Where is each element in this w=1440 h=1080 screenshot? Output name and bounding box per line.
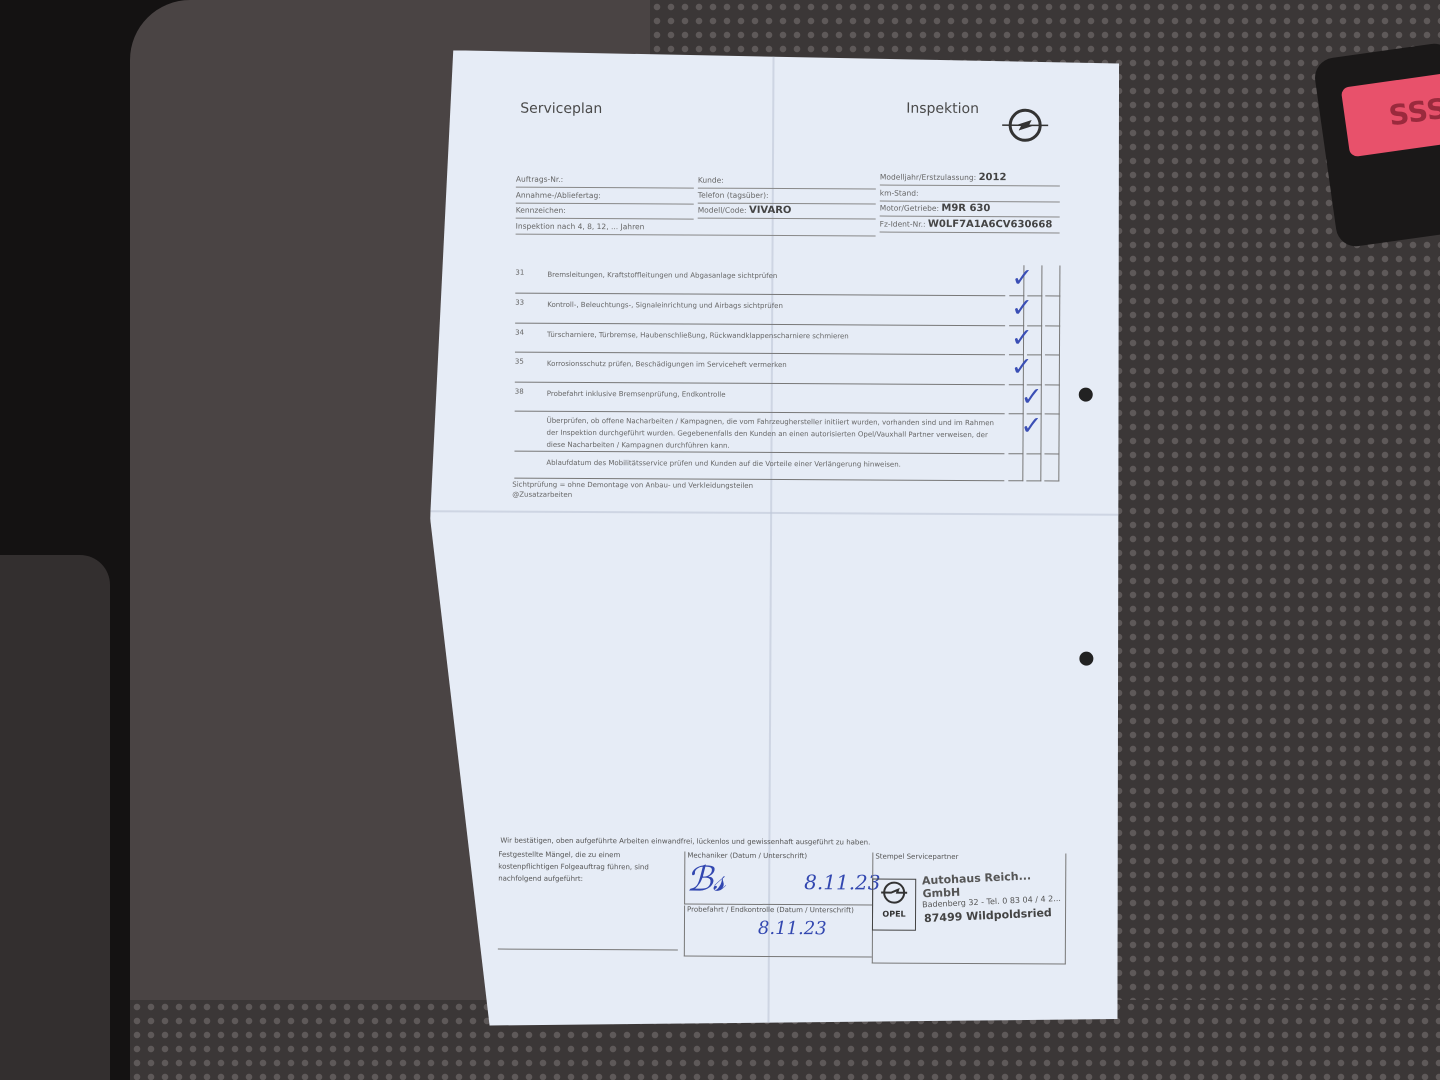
- confirmation-text: Wir bestätigen, oben aufgeführte Arbeite…: [500, 837, 870, 847]
- check-mark-icon: ✓: [1021, 382, 1043, 412]
- punch-hole: [1079, 388, 1093, 402]
- field-fz-ident: Fz-Ident-Nr.: W0LF7A1A6CV630668: [880, 218, 1060, 234]
- task-row: 33 Kontroll-, Beleuchtungs-, Signaleinri…: [515, 293, 1005, 327]
- seatbelt-buckle-button: SSS: [1341, 73, 1440, 158]
- check-mark-icon: ✓: [1011, 323, 1033, 353]
- field-km-stand: km-Stand:: [880, 187, 1060, 203]
- checkbox: [1044, 413, 1059, 454]
- footnote-sichtpruefung: Sichtprüfung = ohne Demontage von Anbau-…: [512, 481, 753, 490]
- field-telefon: Telefon (tagsüber):: [698, 189, 876, 205]
- task-row: 35 Korrosionsschutz prüfen, Beschädigung…: [515, 352, 1005, 386]
- opel-stamp-logo-icon: OPEL: [872, 879, 916, 931]
- fold-line: [430, 510, 1120, 516]
- field-modelljahr: Modelljahr/Erstzulassung: 2012: [880, 171, 1060, 187]
- service-plan-document: Serviceplan Inspektion Auftrags-Nr.: Kun…: [427, 50, 1122, 1029]
- field-kunde: Kunde:: [698, 174, 876, 190]
- punch-hole: [1079, 652, 1093, 666]
- check-mark-icon: ✓: [1021, 411, 1043, 441]
- armrest: [0, 555, 110, 1080]
- document-subtitle: Inspektion: [906, 101, 979, 117]
- checkbox: [1045, 354, 1060, 385]
- field-inspektion-nach: Inspektion nach 4, 8, 12, ... Jahren: [516, 220, 876, 237]
- field-annahme: Annahme-/Abliefertag:: [516, 189, 694, 205]
- check-mark-icon: ✓: [1011, 352, 1033, 382]
- footnote-zusatzarbeiten: @Zusatzarbeiten: [512, 491, 572, 499]
- checkbox: [1045, 325, 1060, 355]
- task-row: 34 Türscharniere, Türbremse, Haubenschli…: [515, 323, 1005, 356]
- task-row: Überprüfen, ob offene Nacharbeiten / Kam…: [514, 411, 1004, 455]
- mechanic-date: 8.11.23: [804, 870, 880, 894]
- field-modell: Modell/Code: VIVARO: [698, 204, 876, 220]
- task-row: 38 Probefahrt inklusive Bremsenprüfung, …: [515, 382, 1005, 415]
- field-auftrags-nr: Auftrags-Nr.:: [516, 173, 694, 189]
- checkbox: [1045, 295, 1060, 326]
- check-mark-icon: ✓: [1011, 263, 1033, 293]
- document-title: Serviceplan: [520, 101, 602, 117]
- field-kennzeichen: Kennzeichen:: [516, 204, 694, 220]
- check-mark-icon: ✓: [1011, 293, 1033, 323]
- checkbox: [1008, 453, 1023, 481]
- dealer-stamp: OPEL Autohaus Reich... GmbH Badenberg 32…: [872, 871, 1062, 942]
- checkbox: [1044, 453, 1059, 481]
- checkbox: [1026, 453, 1041, 481]
- task-row: 31 Bremsleitungen, Kraftstoffleitungen u…: [515, 263, 1005, 297]
- mechanic-signature: ℬ𝓈: [686, 860, 725, 900]
- checkbox: [1045, 265, 1060, 296]
- defects-box: Festgestellte Mängel, die zu einem koste…: [498, 849, 679, 951]
- opel-logo-icon: [1000, 105, 1050, 145]
- field-motor: Motor/Getriebe: M9R 630: [880, 202, 1060, 218]
- testdrive-date: 8.11.23: [758, 918, 827, 939]
- checkbox: [1045, 384, 1060, 414]
- task-row: Ablaufdatum des Mobilitätsservice prüfen…: [514, 451, 1004, 482]
